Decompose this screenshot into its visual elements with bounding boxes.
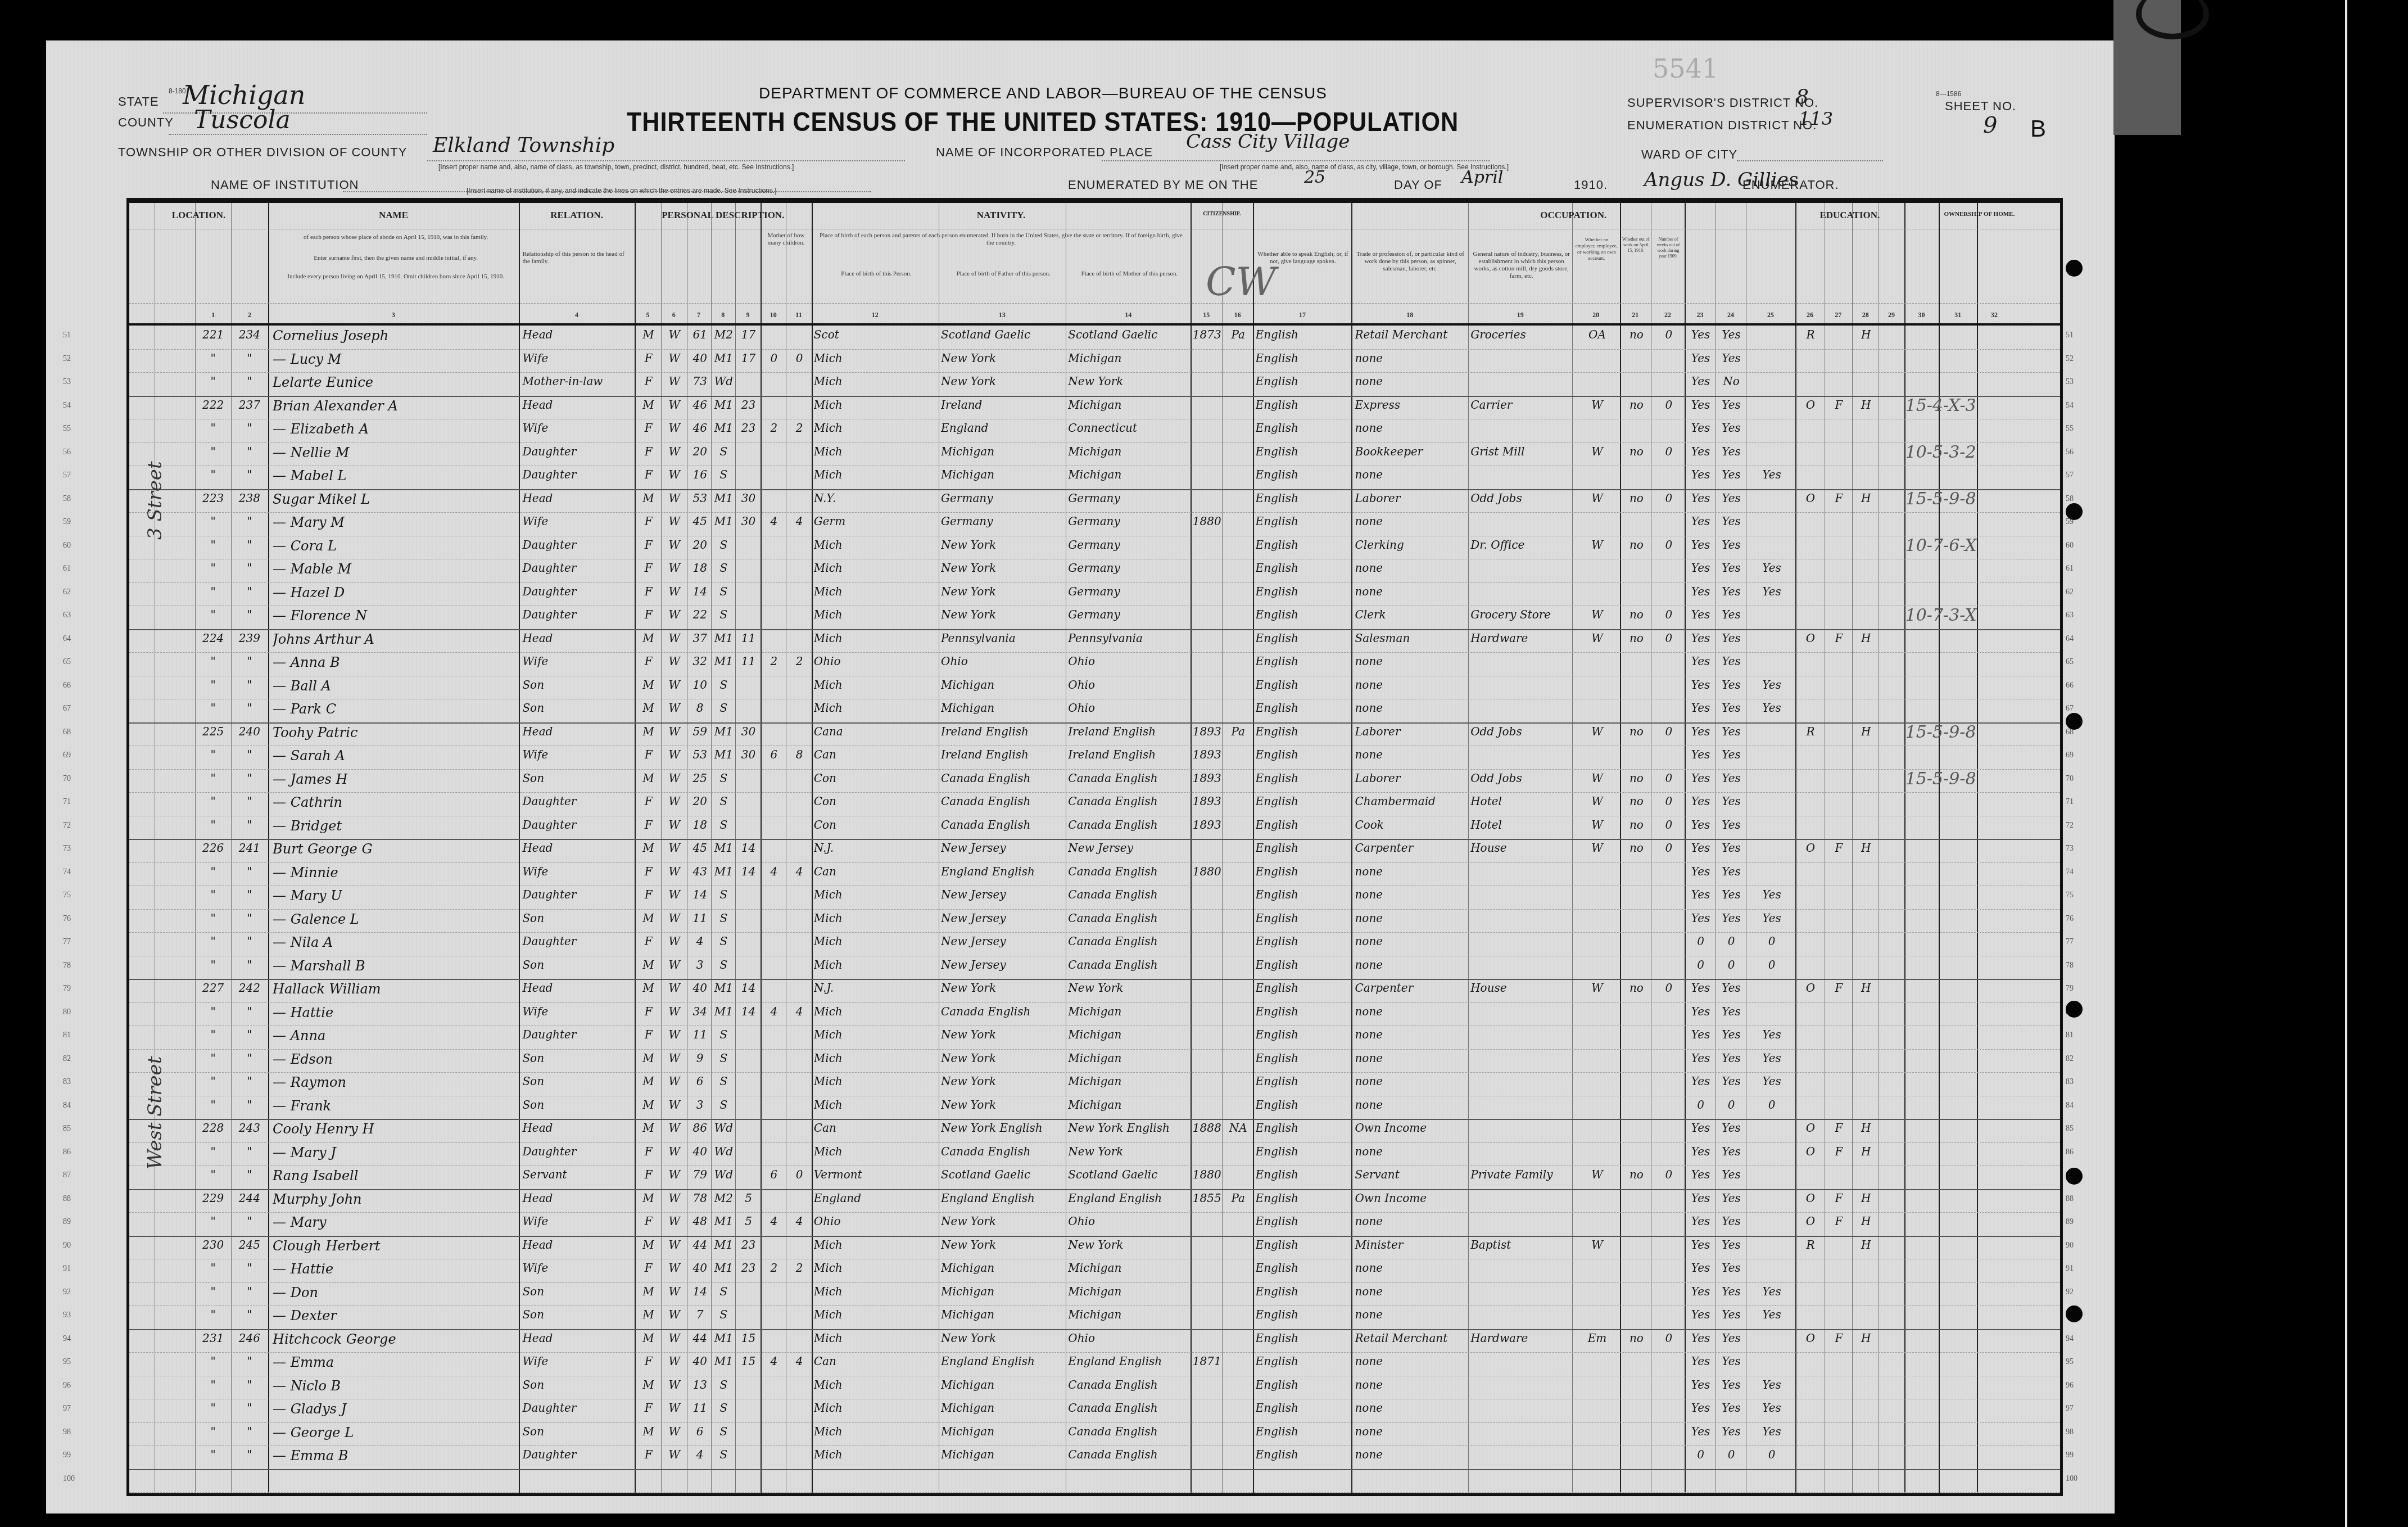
county-value: Tuscola: [194, 106, 291, 134]
cell-bpf: England English: [941, 865, 1066, 878]
cell-lang: English: [1256, 421, 1352, 435]
cell-rel: Son: [522, 1285, 633, 1298]
cell-mar: M1: [712, 1261, 735, 1275]
cell-emp: Em: [1574, 1331, 1619, 1345]
cell-bp: Con: [814, 771, 939, 785]
cell-dwelling: ": [195, 1074, 231, 1088]
cell-rel: Head: [522, 1331, 633, 1345]
cell-yrs: 23: [736, 1261, 761, 1275]
cell-trade: none: [1355, 1261, 1468, 1275]
cell-bp: Mich: [814, 468, 939, 481]
cell-bp: N.J.: [814, 841, 939, 855]
cell-bp: Ohio: [814, 1214, 939, 1228]
cell-bpf: New York: [941, 585, 1066, 598]
cell-bpm: England English: [1068, 1354, 1191, 1368]
line-number-left: 71: [63, 798, 71, 807]
cell-mar: M1: [712, 654, 735, 668]
cell-family: ": [231, 445, 268, 458]
cell-bpm: Canada English: [1068, 1378, 1191, 1392]
cell-emp: W: [1574, 818, 1619, 832]
cell-write: Yes: [1717, 585, 1745, 598]
cell-free: F: [1826, 1191, 1852, 1205]
cell-write: Yes: [1717, 1331, 1745, 1345]
cell-bp: Mich: [814, 1378, 939, 1392]
cell-bpf: New Jersey: [941, 841, 1066, 855]
table-row: ""— DonSonMW14SMichMichiganMichiganEngli…: [129, 1282, 2060, 1307]
cell-wks: 0: [1653, 725, 1685, 738]
cell-bpm: Scotland Gaelic: [1068, 1168, 1191, 1181]
cell-bp: Can: [814, 865, 939, 878]
cell-yrs: 5: [736, 1214, 761, 1228]
line-number-left: 86: [63, 1148, 71, 1157]
cell-trade: none: [1355, 934, 1468, 948]
cell-sch: Yes: [1748, 678, 1795, 692]
cell-sex: F: [636, 351, 661, 365]
cell-rel: Daughter: [522, 794, 633, 808]
cell-write: Yes: [1717, 328, 1745, 341]
cell-read: Yes: [1686, 1425, 1716, 1438]
cell-trade: none: [1355, 421, 1468, 435]
supervisor-label: SUPERVISOR'S DISTRICT NO.: [1627, 96, 1818, 110]
table-row: 224239Johns Arthur AHeadMW37M111MichPenn…: [129, 629, 2060, 653]
cell-dwelling: ": [195, 561, 231, 575]
cell-imm: 1893: [1192, 725, 1221, 738]
header-employer: Whether an employer, employee, or workin…: [1574, 237, 1618, 261]
cell-write: Yes: [1717, 1074, 1745, 1088]
cell-lang: English: [1256, 351, 1352, 365]
archive-stamp: 5541: [1653, 53, 1718, 84]
cell-oow: no: [1622, 841, 1651, 855]
cell-read: Yes: [1686, 1308, 1716, 1321]
cell-bpf: Canada English: [941, 1145, 1066, 1158]
cell-fh: H: [1853, 1214, 1879, 1228]
cell-bp: Mich: [814, 1425, 939, 1438]
cell-mar: S: [712, 1051, 735, 1065]
cell-bpm: Michigan: [1068, 1098, 1191, 1112]
cell-bpm: Ohio: [1068, 678, 1191, 692]
cell-fh: H: [1853, 725, 1879, 738]
cell-trade: Laborer: [1355, 771, 1468, 785]
line-number-left: 89: [63, 1218, 71, 1227]
cell-dwelling: ": [195, 911, 231, 925]
cell-write: Yes: [1717, 701, 1745, 715]
cell-read: Yes: [1686, 1261, 1716, 1275]
cell-write: 0: [1717, 958, 1745, 972]
binder-hole: [2066, 1305, 2083, 1322]
cell-read: Yes: [1686, 421, 1716, 435]
cell-lang: English: [1256, 1308, 1352, 1321]
cell-color: W: [662, 1168, 686, 1181]
cell-sex: F: [636, 1168, 661, 1181]
cell-trade: Laborer: [1355, 725, 1468, 738]
cell-ind: House: [1470, 841, 1572, 855]
cell-family: ": [231, 771, 268, 785]
line-number-left: 59: [63, 518, 71, 527]
cell-fh: H: [1853, 491, 1879, 505]
cell-lang: English: [1256, 1074, 1352, 1088]
cell-oow: no: [1622, 328, 1651, 341]
cell-mar: S: [712, 678, 735, 692]
cell-color: W: [662, 701, 686, 715]
header-name: of each person whose place of abode on A…: [277, 234, 514, 241]
cell-sex: F: [636, 654, 661, 668]
cell-sex: F: [636, 794, 661, 808]
cell-bpf: Michigan: [941, 701, 1066, 715]
cell-own: O: [1796, 1191, 1824, 1205]
cell-family: ": [231, 794, 268, 808]
cell-trade: none: [1355, 585, 1468, 598]
cell-code: 15-5-9-8: [1905, 769, 2053, 789]
cell-born: 2: [762, 654, 786, 668]
cell-bpm: Canada English: [1068, 888, 1191, 901]
cell-born: 0: [762, 351, 786, 365]
cell-bpm: Ohio: [1068, 1331, 1191, 1345]
cell-ind: Grocery Store: [1470, 608, 1572, 621]
cell-trade: Minister: [1355, 1238, 1468, 1252]
cell-yrs: 14: [736, 981, 761, 995]
cell-family: ": [231, 865, 268, 878]
binder-hole: [2066, 503, 2083, 520]
cell-name: — Anna B: [273, 654, 519, 670]
cell-wks: 0: [1653, 841, 1685, 855]
cell-yrs: 11: [736, 631, 761, 645]
cell-trade: none: [1355, 1354, 1468, 1368]
cell-write: Yes: [1717, 1145, 1745, 1158]
cell-rel: Head: [522, 328, 633, 341]
cell-age: 20: [688, 538, 712, 552]
cell-color: W: [662, 1214, 686, 1228]
line-number-right: 79: [2066, 984, 2074, 993]
line-number-right: 94: [2066, 1335, 2074, 1344]
cell-age: 73: [688, 374, 712, 388]
cell-emp: W: [1574, 794, 1619, 808]
cell-sex: M: [636, 1425, 661, 1438]
table-row: 227242Hallack WilliamHeadMW40M114N.J.New…: [129, 979, 2060, 1003]
cell-name: — Mary U: [273, 888, 519, 903]
cell-family: ": [231, 561, 268, 575]
cell-bpf: New York: [941, 1214, 1066, 1228]
place-value: Cass City Village: [1186, 130, 1350, 153]
line-number-left: 84: [63, 1101, 71, 1110]
cell-color: W: [662, 911, 686, 925]
cell-lang: English: [1256, 748, 1352, 761]
cell-ind: Hardware: [1470, 631, 1572, 645]
cell-read: Yes: [1686, 1028, 1716, 1041]
table-row: 222237Brian Alexander AHeadMW46M123MichI…: [129, 396, 2060, 420]
group-education: EDUCATION.: [1795, 210, 1904, 221]
cell-dwelling: ": [195, 1098, 231, 1112]
cell-age: 44: [688, 1331, 712, 1345]
enumeration-month: April: [1461, 168, 1503, 187]
cell-bpf: England English: [941, 1191, 1066, 1205]
department-heading: DEPARTMENT OF COMMERCE AND LABOR—BUREAU …: [759, 84, 1327, 102]
enumeration-district: 113: [1799, 108, 1833, 129]
cell-dwelling: ": [195, 818, 231, 832]
cell-fh: H: [1853, 1331, 1879, 1345]
cell-dwelling: 231: [195, 1331, 231, 1345]
line-number-left: 94: [63, 1335, 71, 1344]
cell-age: 18: [688, 561, 712, 575]
cell-bpm: Germany: [1068, 585, 1191, 598]
cell-born: 2: [762, 421, 786, 435]
cell-color: W: [662, 1238, 686, 1252]
cell-mar: S: [712, 608, 735, 621]
line-number-left: 66: [63, 681, 71, 690]
cell-lang: English: [1256, 608, 1352, 621]
cell-family: 241: [231, 841, 268, 855]
cell-imm: 1893: [1192, 748, 1221, 761]
cell-age: 22: [688, 608, 712, 621]
cell-fh: H: [1853, 841, 1879, 855]
header-mother-of: Mother of how many children.: [761, 232, 812, 247]
table-row: ""— EdsonSonMW9SMichNew YorkMichiganEngl…: [129, 1049, 2060, 1073]
table-row: ""— EmmaWifeFW40M11544CanEngland English…: [129, 1352, 2060, 1376]
cell-sch: Yes: [1748, 1051, 1795, 1065]
cell-write: Yes: [1717, 398, 1745, 412]
cell-rel: Daughter: [522, 934, 633, 948]
cell-write: 0: [1717, 1098, 1745, 1112]
cell-family: 243: [231, 1121, 268, 1135]
cell-mar: M1: [712, 491, 735, 505]
cell-rel: Head: [522, 725, 633, 738]
cell-dwelling: 221: [195, 328, 231, 341]
cell-emp: W: [1574, 725, 1619, 738]
cell-read: Yes: [1686, 701, 1716, 715]
cell-rel: Son: [522, 1074, 633, 1088]
cell-color: W: [662, 445, 686, 458]
cell-rel: Head: [522, 841, 633, 855]
cell-bp: N.J.: [814, 981, 939, 995]
cell-free: F: [1826, 1121, 1852, 1135]
cell-code: 15-5-9-8: [1905, 722, 2053, 742]
cell-write: Yes: [1717, 1308, 1745, 1321]
cell-dwelling: ": [195, 678, 231, 692]
cell-sch: Yes: [1748, 585, 1795, 598]
cell-mar: M1: [712, 1331, 735, 1345]
cell-write: Yes: [1717, 1028, 1745, 1041]
cell-mar: M1: [712, 725, 735, 738]
cell-sch: Yes: [1748, 561, 1795, 575]
cell-write: Yes: [1717, 538, 1745, 552]
cell-own: R: [1796, 725, 1824, 738]
cell-color: W: [662, 841, 686, 855]
cell-trade: Servant: [1355, 1168, 1468, 1181]
line-number-right: 73: [2066, 844, 2074, 853]
cell-trade: none: [1355, 468, 1468, 481]
cell-bpf: New York: [941, 561, 1066, 575]
cell-ind: Odd Jobs: [1470, 725, 1572, 738]
cell-age: 61: [688, 328, 712, 341]
cell-lang: English: [1256, 1331, 1352, 1345]
cell-read: Yes: [1686, 888, 1716, 901]
cell-rel: Son: [522, 911, 633, 925]
cell-emp: W: [1574, 981, 1619, 995]
cell-mar: S: [712, 561, 735, 575]
line-number-left: 61: [63, 564, 71, 573]
line-number-left: 63: [63, 611, 71, 620]
cell-trade: none: [1355, 1308, 1468, 1321]
cell-emp: W: [1574, 398, 1619, 412]
cell-rel: Daughter: [522, 1448, 633, 1461]
cell-family: ": [231, 1354, 268, 1368]
cell-bpm: New Jersey: [1068, 841, 1191, 855]
cell-write: Yes: [1717, 351, 1745, 365]
cell-rel: Head: [522, 491, 633, 505]
cell-sex: F: [636, 1005, 661, 1018]
cell-bp: Mich: [814, 1308, 939, 1321]
cell-sch: Yes: [1748, 1378, 1795, 1392]
cell-write: Yes: [1717, 1121, 1745, 1135]
cell-living: 4: [787, 1354, 811, 1368]
cell-age: 14: [688, 1285, 712, 1298]
cell-write: No: [1717, 374, 1745, 388]
cell-bp: Cana: [814, 725, 939, 738]
cell-bp: Mich: [814, 1145, 939, 1158]
cell-dwelling: ": [195, 748, 231, 761]
line-number-right: 74: [2066, 868, 2074, 877]
street-note-3-street: 3 Street: [144, 461, 166, 540]
cell-dwelling: ": [195, 1308, 231, 1321]
sheet-label: SHEET NO.: [1945, 99, 2016, 114]
line-number-right: 69: [2066, 751, 2074, 760]
cell-trade: Own Income: [1355, 1121, 1468, 1135]
cell-family: ": [231, 608, 268, 621]
line-number-right: 64: [2066, 635, 2074, 644]
cell-read: 0: [1686, 1448, 1716, 1461]
cell-own: O: [1796, 491, 1824, 505]
cell-sch: 0: [1748, 958, 1795, 972]
cell-bpf: Canada English: [941, 1005, 1066, 1018]
cell-family: ": [231, 934, 268, 948]
cell-ind: Private Family: [1470, 1168, 1572, 1181]
table-row: ""— Nila ADaughterFW4SMichNew JerseyCana…: [129, 932, 2060, 956]
cell-bpm: Pennsylvania: [1068, 631, 1191, 645]
line-number-right: 56: [2066, 448, 2074, 457]
cell-read: Yes: [1686, 1285, 1716, 1298]
cell-mar: S: [712, 1378, 735, 1392]
cell-own: O: [1796, 841, 1824, 855]
cell-dwelling: ": [195, 1168, 231, 1181]
cell-bp: Mich: [814, 1028, 939, 1041]
cell-dwelling: ": [195, 865, 231, 878]
line-number-right: 63: [2066, 611, 2074, 620]
cell-bp: Mich: [814, 351, 939, 365]
cell-rel: Daughter: [522, 538, 633, 552]
cell-dwelling: 225: [195, 725, 231, 738]
cell-age: 40: [688, 1145, 712, 1158]
cell-name: — Mary J: [273, 1145, 519, 1160]
cell-write: Yes: [1717, 631, 1745, 645]
cell-rel: Wife: [522, 865, 633, 878]
cell-name: — Raymon: [273, 1074, 519, 1090]
cell-color: W: [662, 654, 686, 668]
cell-family: ": [231, 1448, 268, 1461]
cell-bpm: Germany: [1068, 561, 1191, 575]
cell-yrs: 17: [736, 351, 761, 365]
binder-hole: [2066, 1001, 2083, 1018]
cell-write: Yes: [1717, 725, 1745, 738]
enumeration-label: ENUMERATION DISTRICT NO.: [1627, 118, 1817, 133]
cell-name: Clough Herbert: [273, 1238, 519, 1254]
cell-lang: English: [1256, 374, 1352, 388]
cell-color: W: [662, 1261, 686, 1275]
cell-bpm: Canada English: [1068, 865, 1191, 878]
line-number-left: 62: [63, 588, 71, 597]
cell-name: Sugar Mikel L: [273, 491, 519, 507]
cell-mar: M1: [712, 631, 735, 645]
cell-bp: Mich: [814, 1331, 939, 1345]
binder-hole: [2066, 260, 2083, 277]
cell-read: Yes: [1686, 585, 1716, 598]
cell-oow: no: [1622, 398, 1651, 412]
cell-yrs: 30: [736, 491, 761, 505]
cell-trade: none: [1355, 514, 1468, 528]
cell-bpm: New York English: [1068, 1121, 1191, 1135]
cell-read: Yes: [1686, 654, 1716, 668]
cell-mar: Wd: [712, 1168, 735, 1181]
cell-color: W: [662, 1285, 686, 1298]
cell-name: — Cora L: [273, 538, 519, 554]
line-number-left: 90: [63, 1241, 71, 1250]
line-number-left: 58: [63, 495, 71, 504]
cell-rel: Daughter: [522, 818, 633, 832]
cell-write: Yes: [1717, 445, 1745, 458]
cell-name: — Ball A: [273, 678, 519, 694]
enumerator-label: ENUMERATOR.: [1742, 178, 1839, 192]
cell-name: — Marshall B: [273, 958, 519, 974]
cell-read: Yes: [1686, 631, 1716, 645]
table-row: ""— FrankSonMW3SMichNew YorkMichiganEngl…: [129, 1096, 2060, 1121]
cell-read: Yes: [1686, 771, 1716, 785]
line-number-right: 92: [2066, 1288, 2074, 1297]
cell-mar: M2: [712, 1191, 735, 1205]
cell-bpm: Michigan: [1068, 1005, 1191, 1018]
cell-color: W: [662, 981, 686, 995]
cell-mar: S: [712, 771, 735, 785]
cell-read: Yes: [1686, 841, 1716, 855]
cell-bpf: Michigan: [941, 1285, 1066, 1298]
cell-bpf: Scotland Gaelic: [941, 1168, 1066, 1181]
cell-fh: H: [1853, 1145, 1879, 1158]
cell-born: 2: [762, 1261, 786, 1275]
cell-mar: M1: [712, 514, 735, 528]
table-row: ""— HattieWifeFW40M12322MichMichiganMich…: [129, 1259, 2060, 1283]
cell-rel: Daughter: [522, 1028, 633, 1041]
cell-trade: none: [1355, 374, 1468, 388]
cell-color: W: [662, 631, 686, 645]
cell-yrs: 30: [736, 748, 761, 761]
cell-bpm: Connecticut: [1068, 421, 1191, 435]
cell-bpm: Ohio: [1068, 1214, 1191, 1228]
cell-bpf: New Jersey: [941, 911, 1066, 925]
table-row: ""— RaymonSonMW6SMichNew YorkMichiganEng…: [129, 1072, 2060, 1096]
line-number-right: 91: [2066, 1264, 2074, 1273]
ward-label: WARD OF CITY: [1641, 147, 1737, 162]
cell-write: Yes: [1717, 1214, 1745, 1228]
cell-sex: F: [636, 1401, 661, 1415]
line-number-left: 74: [63, 868, 71, 877]
line-number-right: 58: [2066, 495, 2074, 504]
cell-name: — Mable M: [273, 561, 519, 577]
table-row: ""— Niclo BSonMW13SMichMichiganCanada En…: [129, 1376, 2060, 1400]
cell-family: 244: [231, 1191, 268, 1205]
cell-nat: NA: [1223, 1121, 1253, 1135]
cell-family: ": [231, 374, 268, 388]
cell-read: Yes: [1686, 678, 1716, 692]
cell-trade: Cook: [1355, 818, 1468, 832]
cell-free: F: [1826, 981, 1852, 995]
cell-age: 18: [688, 818, 712, 832]
